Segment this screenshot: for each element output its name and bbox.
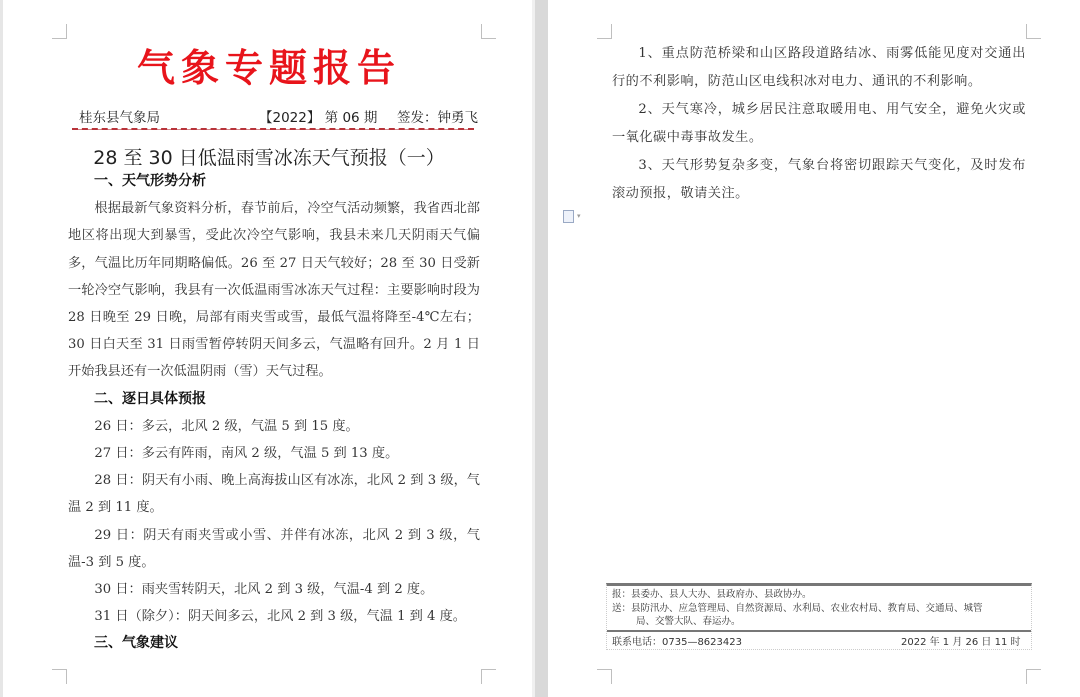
distribution-footer: 报：县委办、县人大办、县政府办、县政协办。 送：县防汛办、应急管理局、自然资源局… (606, 583, 1032, 650)
issue-datetime: 2022 年 1 月 26 日 11 时 (901, 633, 1021, 648)
daily-forecast-item: 28 日：阴天有小雨、晚上高海拔山区有冰冻，北风 2 到 3 级，气温 2 到 … (68, 467, 480, 521)
signer: 签发：钟勇飞 (397, 106, 478, 126)
margin-corner-top-right (1026, 24, 1041, 39)
margin-corner-bottom-left (597, 669, 612, 684)
footer-divider (607, 630, 1031, 632)
send-to-line-continued: 局、交警大队、春运办。 (636, 615, 741, 628)
daily-forecast-item: 30 日：雨夹雪转阴天，北风 2 到 3 级，气温-4 到 2 度。 (68, 576, 480, 603)
page-gap (535, 0, 548, 697)
section-heading-analysis: 一、天气形势分析 (68, 168, 480, 195)
daily-forecast-item: 27 日：多云有阵雨，南风 2 级，气温 5 到 13 度。 (68, 440, 480, 467)
daily-forecast-item: 31 日（除夕）：阴天间多云，北风 2 到 3 级，气温 1 到 4 度。 (68, 603, 480, 630)
paste-options-icon[interactable] (563, 210, 574, 223)
issuer-name: 桂东县气象局 (79, 106, 160, 126)
daily-forecast-item: 29 日：阴天有雨夹雪或小雪、并伴有冰冻，北风 2 到 3 级，气温-3 到 5… (68, 522, 480, 576)
contact-phone: 联系电话：0735—8623423 (612, 633, 742, 648)
paste-options-dropdown-icon[interactable]: ▾ (577, 212, 581, 220)
masthead-red-rule-shadow (72, 129, 474, 130)
analysis-paragraph: 根据最新气象资料分析，春节前后，冷空气活动频繁，我省西北部地区将出现大到暴雪，受… (68, 195, 480, 385)
masthead-title: 气象专题报告 (3, 44, 535, 92)
daily-forecast-item: 26 日：多云，北风 2 级，气温 5 到 15 度。 (68, 413, 480, 440)
margin-corner-top-left (52, 24, 67, 39)
section-heading-advice: 三、气象建议 (68, 630, 480, 657)
margin-corner-top-left (597, 24, 612, 39)
margin-corner-bottom-left (52, 669, 67, 684)
issue-number: 【2022】 第 06 期 (259, 106, 377, 126)
margin-corner-top-right (481, 24, 496, 39)
page2-body: 1、重点防范桥梁和山区路段道路结冰、雨雾低能见度对交通出行的不利影响，防范山区电… (612, 40, 1026, 208)
advice-item: 1、重点防范桥梁和山区路段道路结冰、雨雾低能见度对交通出行的不利影响，防范山区电… (612, 40, 1026, 96)
send-to-line: 送：县防汛办、应急管理局、自然资源局、水利局、农业农村局、教育局、交通局、城管 (612, 602, 983, 615)
margin-corner-bottom-right (481, 669, 496, 684)
report-to-line: 报：县委办、县人大办、县政府办、县政协办。 (612, 588, 812, 601)
advice-item: 3、天气形势复杂多变，气象台将密切跟踪天气变化，及时发布滚动预报，敬请关注。 (612, 152, 1026, 208)
section-heading-daily: 二、逐日具体预报 (68, 386, 480, 413)
page1-body: 一、天气形势分析 根据最新气象资料分析，春节前后，冷空气活动频繁，我省西北部地区… (68, 168, 480, 658)
masthead-info-line: 桂东县气象局 【2022】 第 06 期 签发：钟勇飞 (75, 104, 473, 126)
advice-item: 2、天气寒冷，城乡居民注意取暖用电、用气安全，避免火灾或一氧化碳中毒事故发生。 (612, 96, 1026, 152)
margin-corner-bottom-right (1026, 669, 1041, 684)
